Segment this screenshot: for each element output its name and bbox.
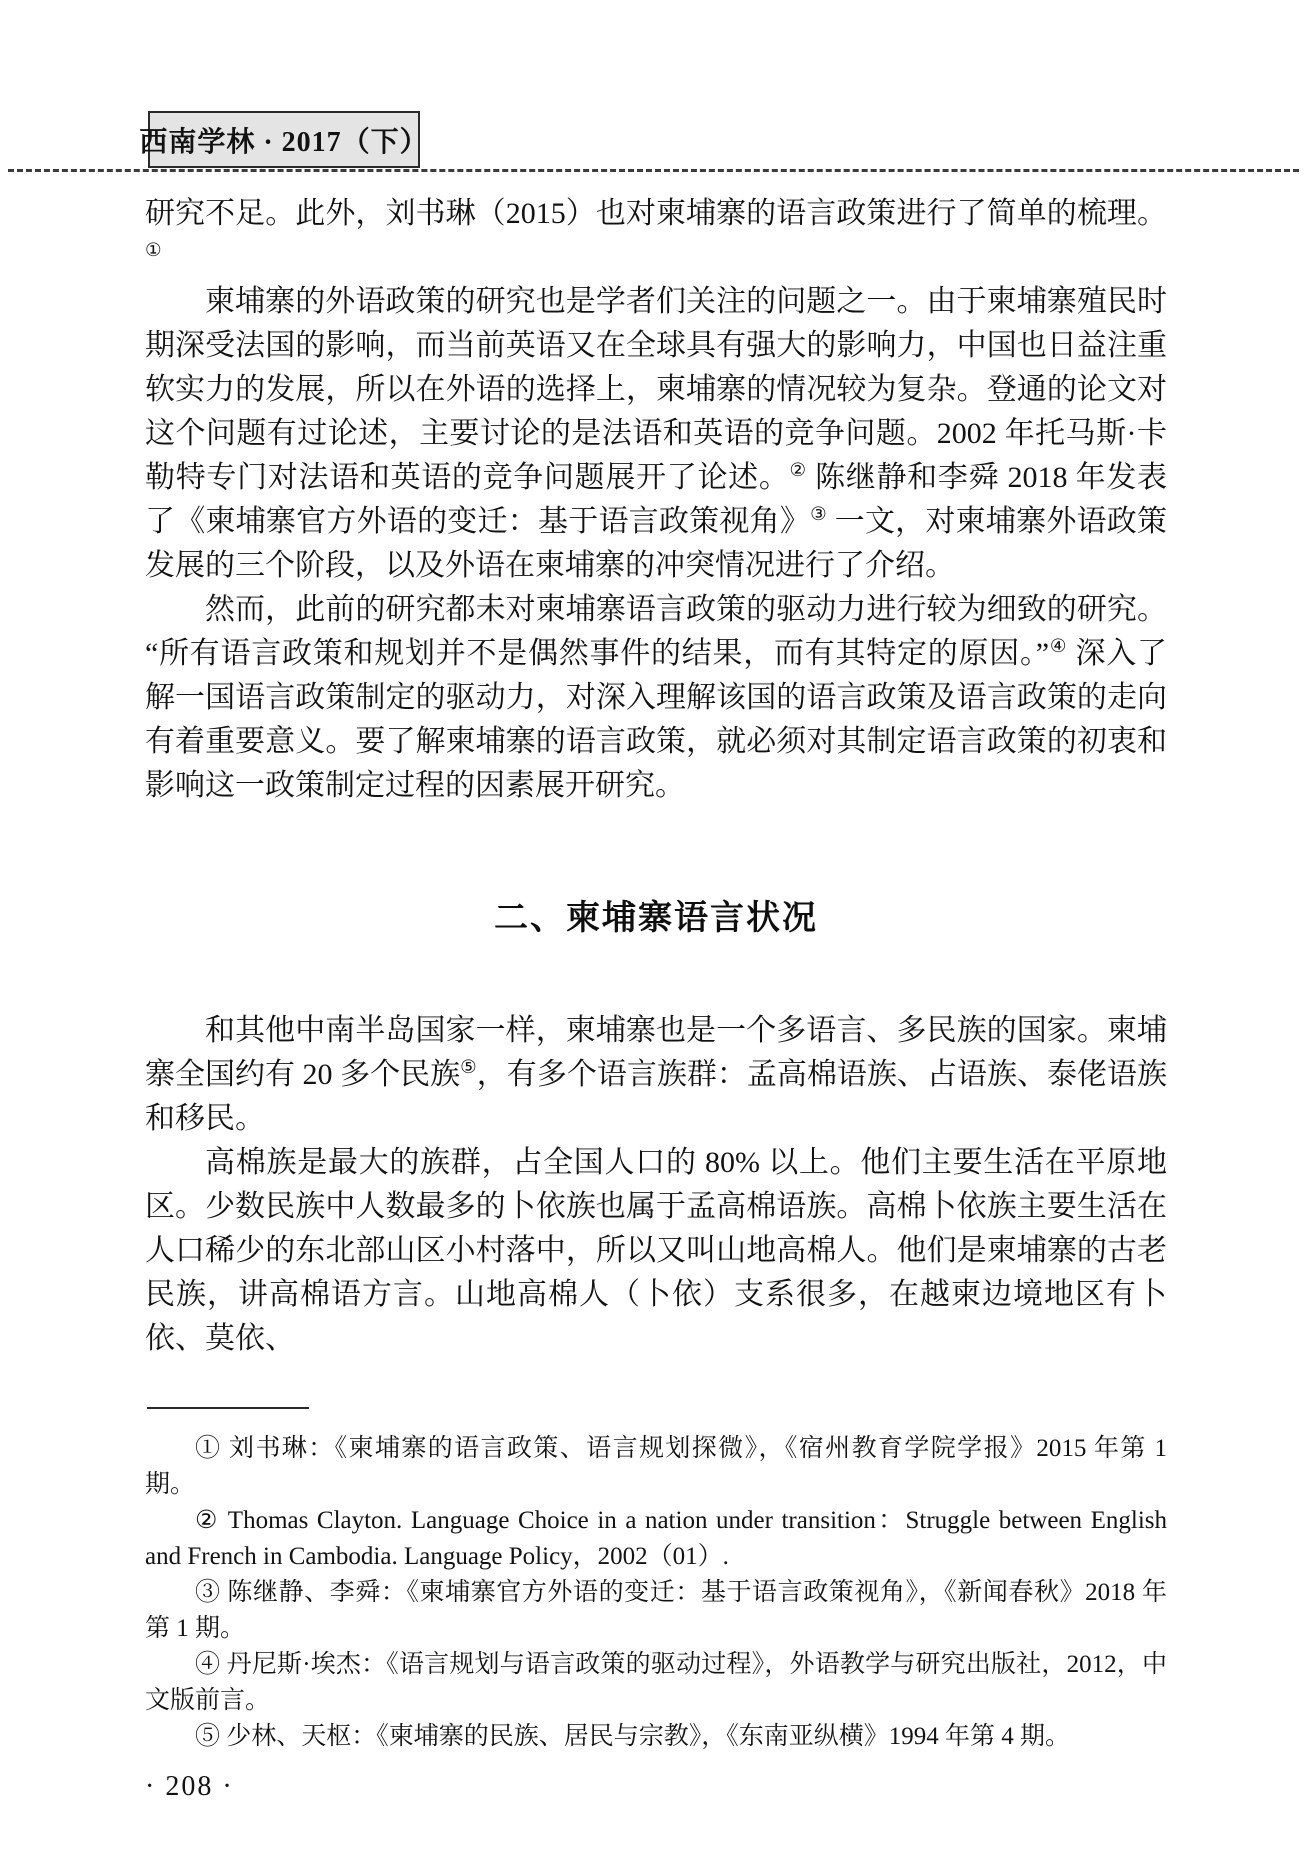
footnote: ④ 丹尼斯·埃杰：《语言规划与语言政策的驱动过程》，外语教学与研究出版社，201…	[145, 1647, 1167, 1719]
footnote-divider	[147, 1407, 309, 1409]
page-number: · 208 ·	[145, 1771, 1167, 1803]
header-dashed-divider	[8, 169, 1299, 172]
running-header: 西南学林 · 2017（下）	[148, 111, 420, 168]
footnote: ③ 陈继静、李舜：《柬埔寨官方外语的变迁：基于语言政策视角》，《新闻春秋》201…	[145, 1575, 1167, 1647]
footnote: ② Thomas Clayton. Language Choice in a n…	[145, 1503, 1167, 1575]
body-paragraph: 柬埔寨的外语政策的研究也是学者们关注的问题之一。由于柬埔寨殖民时期深受法国的影响…	[145, 280, 1167, 588]
article-body: 研究不足。此外，刘书琳（2015）也对柬埔寨的语言政策进行了简单的梳理。① 柬埔…	[145, 192, 1167, 1803]
body-paragraph: 研究不足。此外，刘书琳（2015）也对柬埔寨的语言政策进行了简单的梳理。①	[145, 192, 1167, 280]
body-paragraph: 高棉族是最大的族群，占全国人口的 80% 以上。他们主要生活在平原地区。少数民族…	[145, 1141, 1167, 1361]
footnote: ① 刘书琳：《柬埔寨的语言政策、语言规划探微》，《宿州教育学院学报》2015 年…	[145, 1431, 1167, 1503]
scanned-book-page: 西南学林 · 2017（下） 研究不足。此外，刘书琳（2015）也对柬埔寨的语言…	[0, 0, 1307, 1859]
journal-title: 西南学林 · 2017（下）	[139, 120, 428, 160]
body-paragraph: 然而，此前的研究都未对柬埔寨语言政策的驱动力进行较为细致的研究。“所有语言政策和…	[145, 588, 1167, 808]
body-paragraph: 和其他中南半岛国家一样，柬埔寨也是一个多语言、多民族的国家。柬埔寨全国约有 20…	[145, 1009, 1167, 1141]
section-heading: 二、柬埔寨语言状况	[145, 893, 1167, 943]
footnote: ⑤ 少林、天枢：《柬埔寨的民族、居民与宗教》，《东南亚纵横》1994 年第 4 …	[145, 1719, 1167, 1755]
